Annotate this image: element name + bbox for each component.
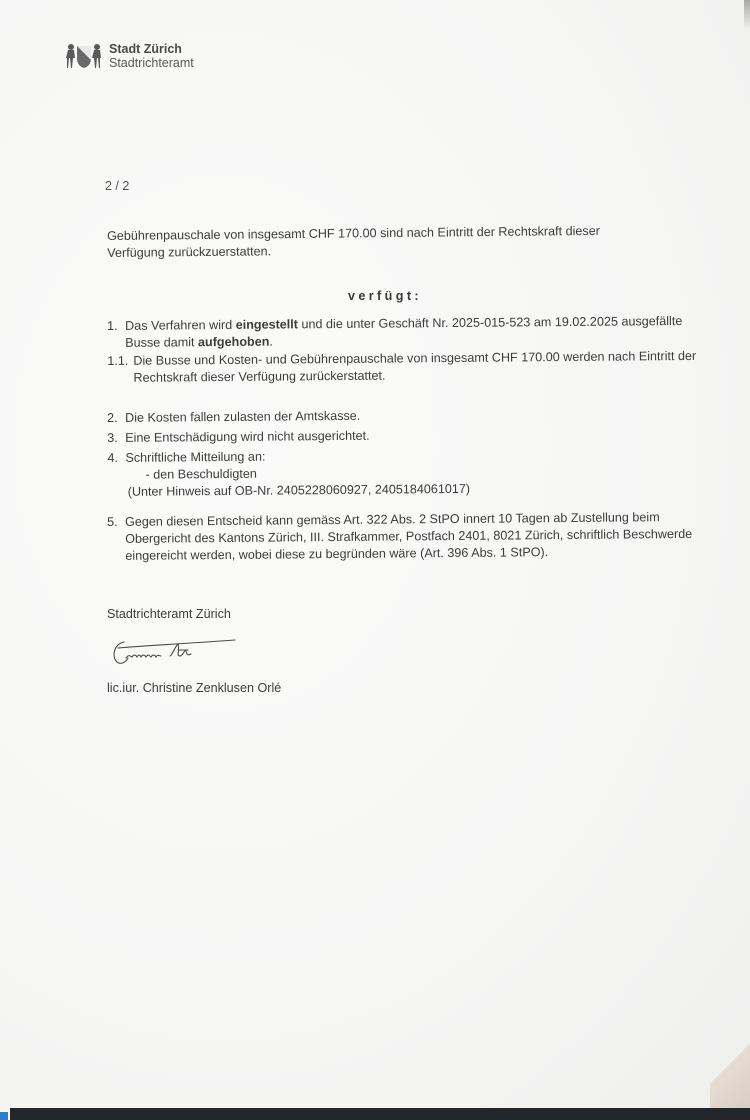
signer-name: lic.iur. Christine Zenklusen Orlé (107, 680, 281, 697)
signoff-office: Stadtrichteramt Zürich (107, 606, 231, 623)
ruling-item-1-1: 1.1. Die Busse und Kosten- und Gebührenp… (107, 348, 707, 387)
ruling-list-part-2: 2. Die Kosten fallen zulasten der Amtska… (107, 405, 668, 501)
scanned-letter-page: Stadt Zürich Stadtrichteramt 2 / 2 Gebüh… (0, 0, 750, 1108)
item-text: Die Busse und Kosten- und Gebührenpausch… (133, 348, 707, 387)
item-number: 4. (107, 450, 125, 501)
page-number: 2 / 2 (105, 179, 129, 193)
ruling-item-1: 1. Das Verfahren wird eingestellt und di… (107, 313, 707, 352)
letterhead: Stadt Zürich Stadtrichteramt (65, 42, 194, 70)
item-number: 2. (107, 410, 125, 427)
zurich-coat-of-arms-icon (65, 42, 103, 70)
item-text: Die Kosten fallen zulasten der Amtskasse… (125, 405, 667, 427)
item-text: Gegen diesen Entscheid kann gemäss Art. … (125, 509, 707, 565)
ruling-item-3: 3. Eine Entschädigung wird nicht ausgeri… (107, 425, 667, 447)
org-name: Stadt Zürich (109, 42, 194, 56)
ruling-heading: verfügt: (0, 289, 750, 303)
item-text-segment: Das Verfahren wird (125, 318, 236, 333)
ruling-item-2: 2. Die Kosten fallen zulasten der Amtska… (107, 405, 667, 427)
ruling-item-4: 4. Schriftliche Mitteilung an: - den Bes… (107, 445, 667, 501)
item-number: 5. (107, 514, 125, 565)
emphasis-text: eingestellt (236, 317, 298, 332)
item-text: Das Verfahren wird eingestellt und die u… (125, 313, 707, 352)
ruling-item-5: 5. Gegen diesen Entscheid kann gemäss Ar… (107, 509, 707, 565)
scan-bottom-edge (10, 1108, 750, 1120)
item-number: 1. (107, 318, 125, 352)
reference-line: (Unter Hinweis auf OB-Nr. 2405228060927,… (126, 479, 668, 501)
department-name: Stadtrichteramt (109, 56, 194, 70)
item-number: 1.1. (107, 353, 133, 387)
scan-corner-mark (0, 1112, 8, 1120)
item-text-segment: . (269, 335, 273, 349)
ruling-list-part-1: 1. Das Verfahren wird eingestellt und di… (107, 313, 708, 387)
ruling-list-part-3: 5. Gegen diesen Entscheid kann gemäss Ar… (107, 509, 707, 565)
item-number: 3. (107, 430, 125, 447)
handwritten-signature-icon (110, 636, 240, 668)
item-text: Eine Entschädigung wird nicht ausgericht… (125, 425, 667, 447)
emphasis-text: aufgehoben (198, 335, 269, 350)
intro-paragraph: Gebührenpauschale von insgesamt CHF 170.… (107, 222, 677, 262)
